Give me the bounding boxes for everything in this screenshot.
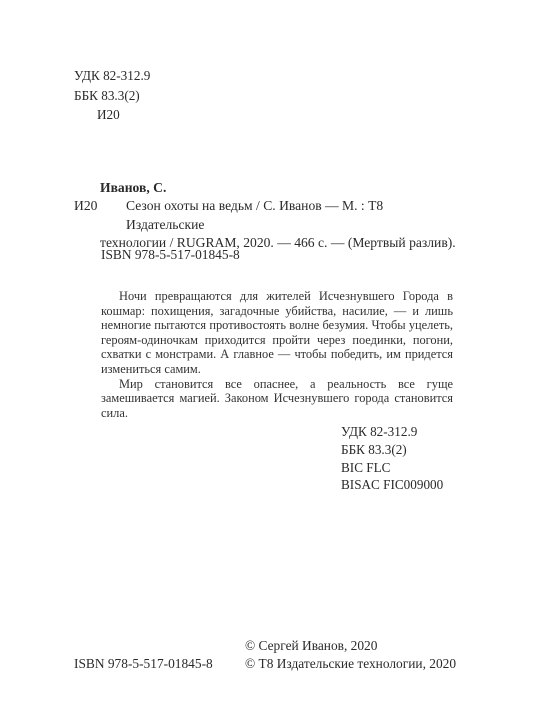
- bic-code: BIC FLC: [341, 459, 443, 477]
- annotation: Ночи превращаются для жителей Исчезнувше…: [101, 289, 453, 420]
- bbk-code: ББК 83.3(2): [74, 86, 150, 106]
- top-classification-block: УДК 82-312.9 ББК 83.3(2) И20: [74, 66, 150, 125]
- footer-isbn: ISBN 978-5-517-01845-8: [74, 655, 213, 673]
- annotation-paragraph: Мир становится все опаснее, а реальность…: [101, 377, 453, 421]
- record-isbn: ISBN 978-5-517-01845-8: [101, 246, 240, 264]
- right-classification-block: УДК 82-312.9 ББК 83.3(2) BIC FLC BISAC F…: [341, 423, 443, 494]
- author-heading: Иванов, С.: [100, 179, 166, 197]
- bisac-code: BISAC FIC009000: [341, 476, 443, 494]
- udk-code: УДК 82-312.9: [74, 66, 150, 86]
- bibliographic-description: Сезон охоты на ведьм / С. Иванов — М. : …: [100, 197, 460, 253]
- copyright-publisher: © Т8 Издательские технологии, 2020: [245, 655, 456, 673]
- cutter-code: И20: [74, 105, 150, 125]
- description-line-1: Сезон охоты на ведьм / С. Иванов — М. : …: [100, 197, 460, 234]
- record-cutter-code: И20: [74, 197, 97, 215]
- copyright-author: © Сергей Иванов, 2020: [245, 637, 456, 655]
- udk-code: УДК 82-312.9: [341, 423, 443, 441]
- bbk-code: ББК 83.3(2): [341, 441, 443, 459]
- copyright-block: © Сергей Иванов, 2020 © Т8 Издательские …: [245, 637, 456, 673]
- annotation-paragraph: Ночи превращаются для жителей Исчезнувше…: [101, 289, 453, 377]
